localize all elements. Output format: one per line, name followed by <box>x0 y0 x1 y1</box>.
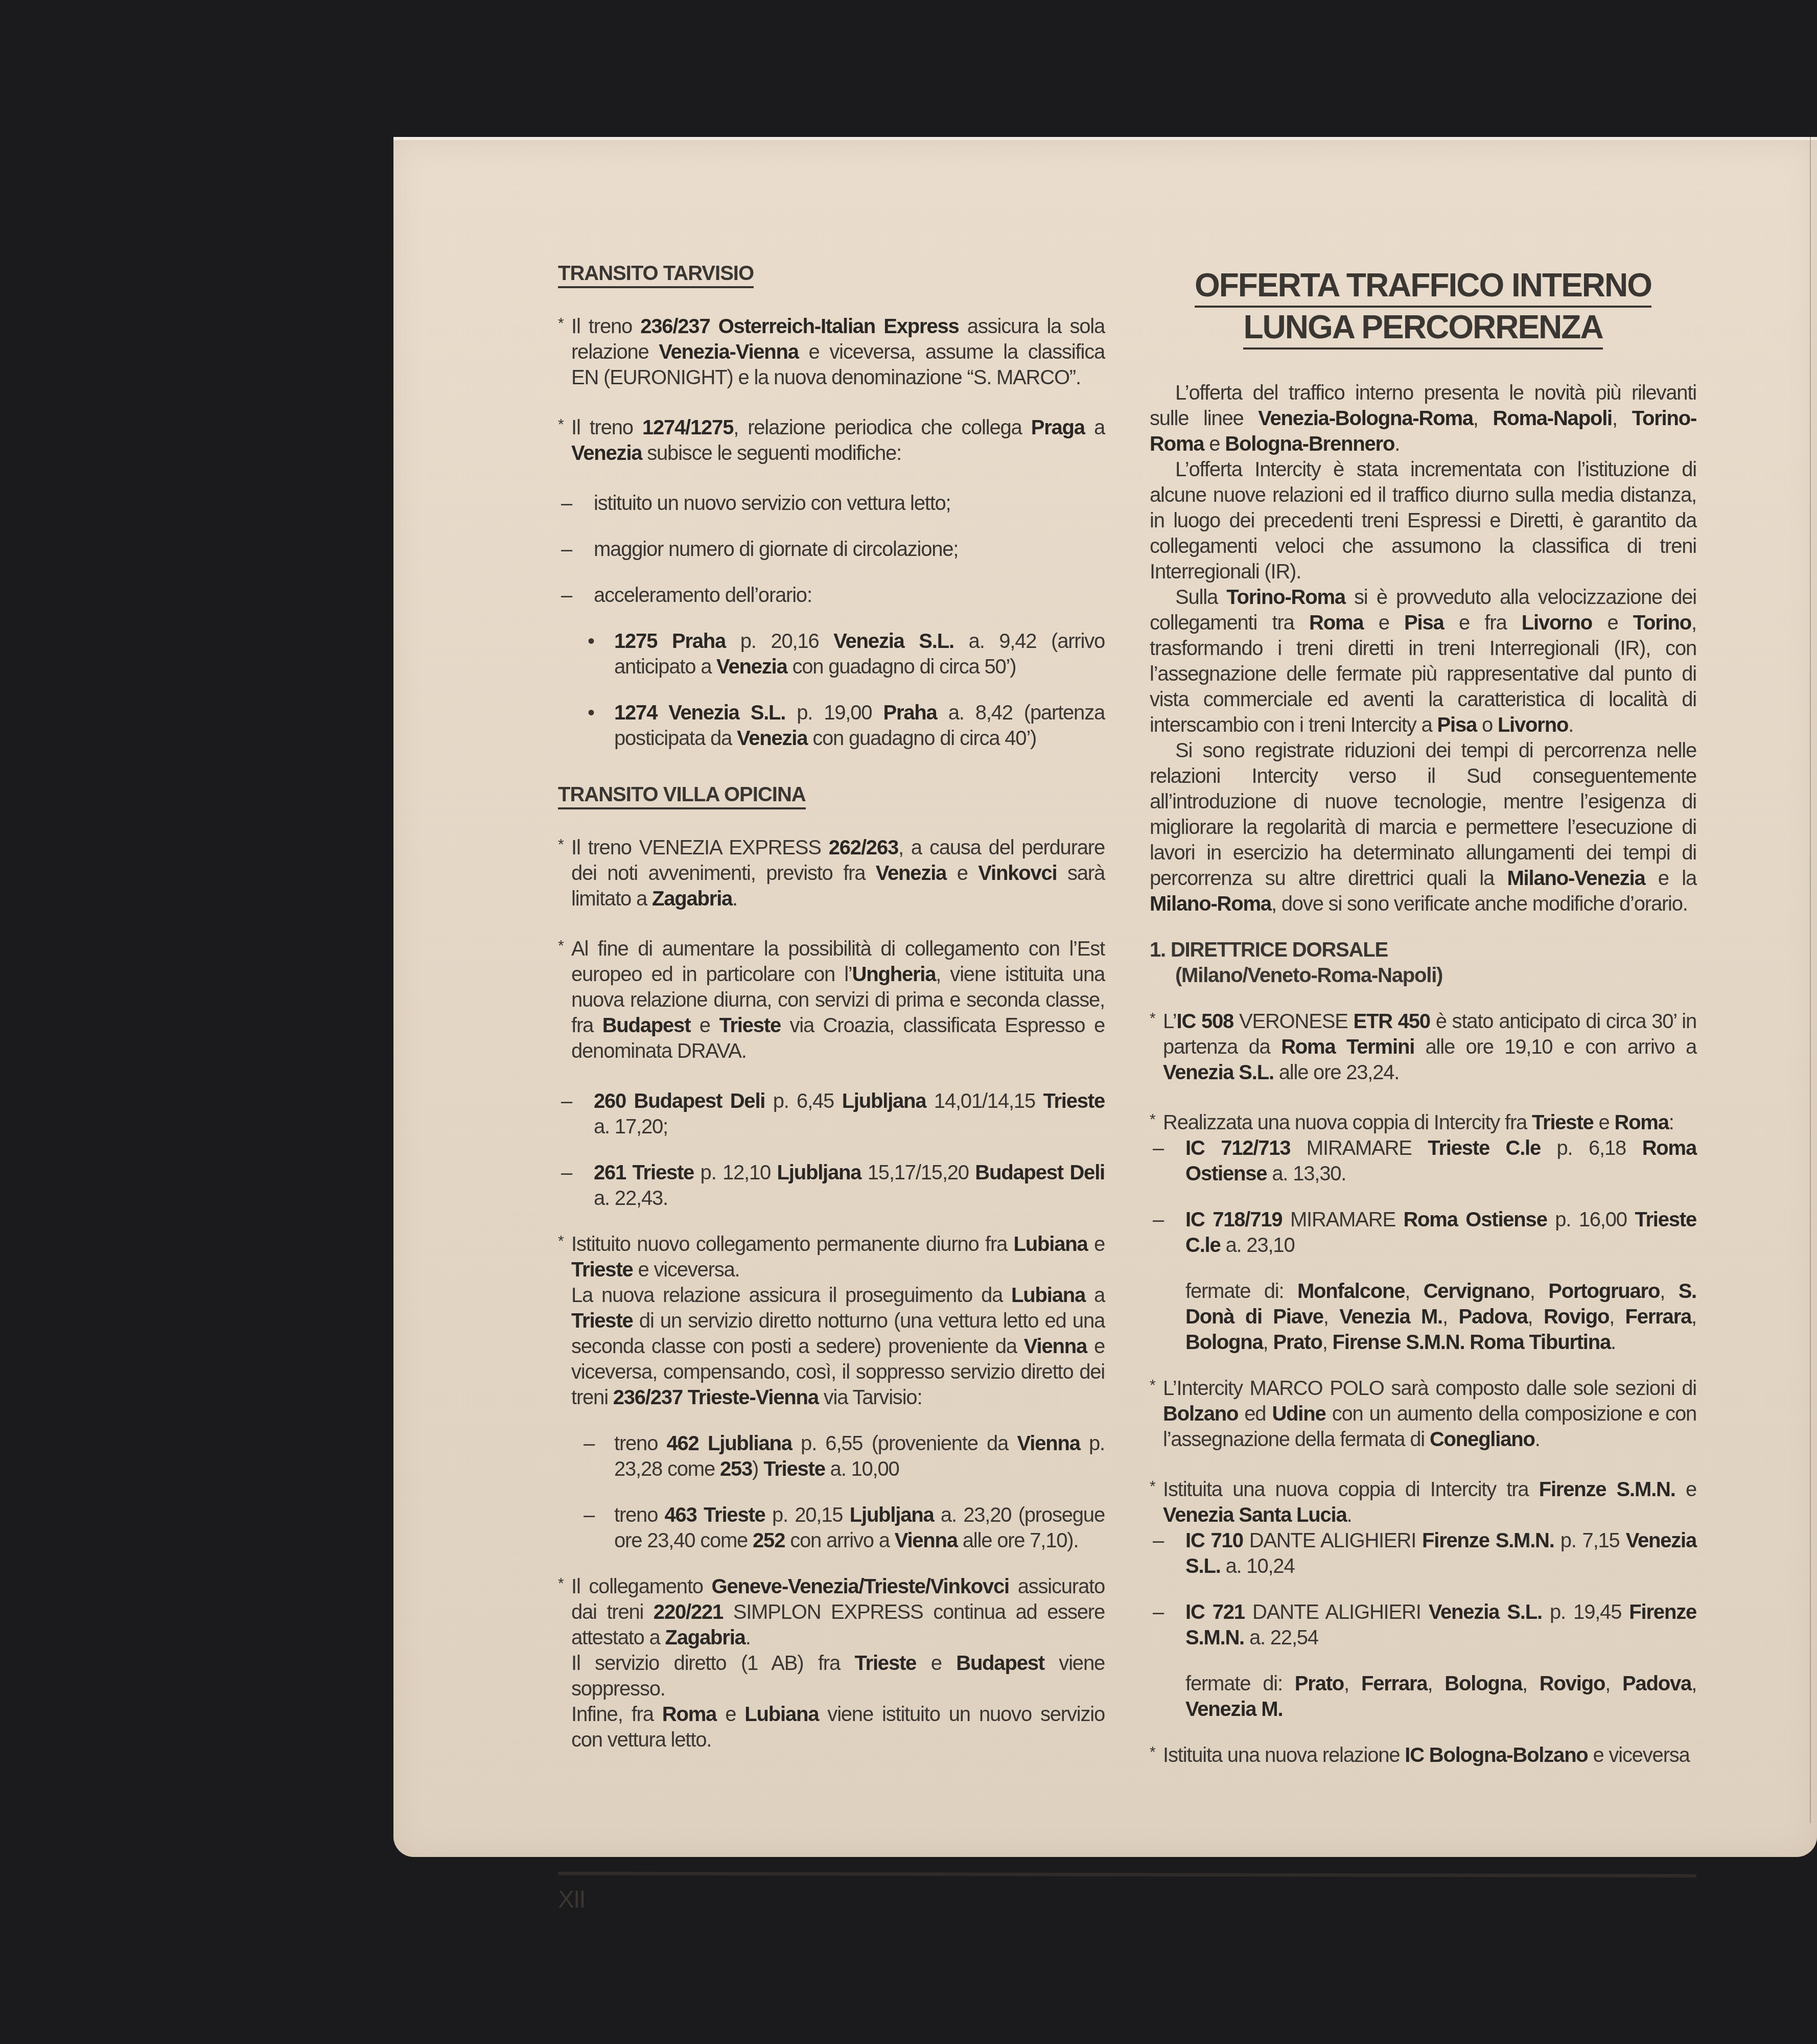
text-run: e <box>1363 612 1404 634</box>
bold-run: Conegliano <box>1430 1428 1535 1451</box>
text-run: treno <box>614 1504 665 1526</box>
text-run: Il servizio diretto (1 AB) fra <box>571 1652 855 1675</box>
bullet-item: •1275 Praha p. 20,16 Venezia S.L. a. 9,4… <box>558 629 1105 680</box>
bold-run: Rovigo <box>1540 1673 1605 1695</box>
footer-rule <box>558 1872 1696 1878</box>
note-item: *Il treno 236/237 Osterreich-Italian Exp… <box>558 314 1105 390</box>
bold-run: Budapest Deli <box>975 1162 1105 1184</box>
text-run: Sulla <box>1175 586 1226 609</box>
continuation-text: La nuova relazione assicura il proseguim… <box>558 1283 1105 1410</box>
text-run: L’Intercity MARCO POLO sarà composto dal… <box>1163 1377 1696 1400</box>
dash-item: –maggior numero di giornate di circolazi… <box>558 537 1105 562</box>
text-run: e <box>1088 1233 1105 1256</box>
bold-run: Bologna <box>1445 1673 1522 1695</box>
note-item: *Istituita una nuova relazione IC Bologn… <box>1150 1743 1696 1768</box>
bold-run: 236/237 Osterreich-Italian Express <box>640 315 959 338</box>
intro-paragraph: Si sono registrate riduzioni dei tempi d… <box>1150 738 1696 917</box>
note-item: *Istituito nuovo collegamento permanente… <box>558 1232 1105 1283</box>
dash-item: –IC 718/719 MIRAMARE Roma Ostiense p. 16… <box>1150 1207 1696 1258</box>
bold-run: Bologna <box>1185 1331 1263 1354</box>
bold-run: IC 721 <box>1185 1601 1245 1623</box>
text-run: VERONESE <box>1233 1010 1353 1033</box>
bold-run: Pisa <box>1437 714 1477 736</box>
bold-run: Ferrara <box>1361 1673 1427 1695</box>
bold-run: IC 712/713 <box>1185 1137 1290 1159</box>
bold-run: 236/237 Trieste-Vienna <box>613 1386 819 1409</box>
bold-run: Venezia-Bologna-Roma <box>1258 407 1473 430</box>
right-column: OFFERTA TRAFFICO INTERNO LUNGA PERCORREN… <box>1150 266 1696 1793</box>
dash-marker: – <box>1153 1207 1163 1233</box>
dash-marker: – <box>1153 1599 1163 1625</box>
text-run: a. 22,54 <box>1244 1627 1318 1649</box>
bold-run: Venezia-Vienna <box>659 341 799 363</box>
text-run: alle ore 23,24. <box>1274 1061 1399 1084</box>
bold-run: Bolzano <box>1163 1403 1238 1425</box>
bold-run: Zagabria <box>652 888 732 910</box>
text-run: p. 6,55 (proveniente da <box>792 1432 1017 1455</box>
bullet-marker: • <box>588 629 594 654</box>
text-run: . <box>1611 1331 1616 1354</box>
bold-run: Roma <box>662 1703 716 1726</box>
text-run: e viceversa. <box>633 1259 740 1281</box>
note-item: *Realizzata una nuova coppia di Intercit… <box>1150 1110 1696 1135</box>
bold-run: 260 Budapest Deli <box>594 1090 765 1112</box>
text-run: , <box>1660 1280 1678 1303</box>
text-run: , dove si sono verificate anche modifich… <box>1271 893 1688 915</box>
bold-run: 1275 Praha <box>614 630 726 653</box>
text-run: , <box>1530 1280 1548 1303</box>
text-run: a <box>1085 416 1105 439</box>
dash-item: –261 Trieste p. 12,10 Ljubljana 15,17/15… <box>558 1160 1105 1211</box>
asterisk-marker: * <box>558 1571 563 1596</box>
bold-run: Ungheria <box>852 963 936 986</box>
text-run: ed <box>1238 1403 1272 1425</box>
text-run: o <box>1477 714 1498 736</box>
bold-run: Trieste <box>855 1652 917 1675</box>
text-run: ) <box>752 1458 763 1480</box>
dash-marker: – <box>561 1160 572 1186</box>
text-run: e la <box>1645 867 1696 890</box>
bold-run: Roma <box>1614 1111 1668 1134</box>
asterisk-marker: * <box>1150 1006 1155 1031</box>
bold-run: Padova <box>1622 1673 1691 1695</box>
text-run: MIRAMARE <box>1282 1209 1403 1231</box>
asterisk-marker: * <box>558 311 563 336</box>
asterisk-marker: * <box>1150 1373 1155 1398</box>
dash-marker: – <box>1153 1135 1163 1161</box>
text-run: alle ore 19,10 e con arrivo a <box>1414 1036 1696 1058</box>
text-run: , <box>1473 407 1493 430</box>
bold-run: Lubiana <box>1014 1233 1088 1256</box>
text-run: . <box>1535 1428 1540 1451</box>
bold-run: IC 508 <box>1177 1010 1234 1033</box>
bold-run: 220/221 <box>654 1601 723 1623</box>
text-run: , <box>1263 1331 1273 1354</box>
section-body-transito-villa-opicina: *Il treno VENEZIA EXPRESS 262/263, a cau… <box>558 835 1105 1753</box>
text-run: e <box>1675 1478 1696 1501</box>
bold-run: ETR 450 <box>1354 1010 1430 1033</box>
bold-run: Monfalcone <box>1297 1280 1405 1303</box>
bold-run: Venezia <box>571 442 642 464</box>
text-run: 15,17/15,20 <box>861 1162 975 1184</box>
dash-marker: – <box>584 1431 594 1456</box>
bold-run: Vienna <box>1017 1432 1080 1455</box>
text-run: alle ore 7,10). <box>958 1529 1079 1552</box>
text-run: La nuova relazione assicura il proseguim… <box>571 1284 1011 1307</box>
text-run: , <box>1609 1306 1625 1328</box>
train-item: –treno 462 Ljubliana p. 6,55 (provenient… <box>558 1431 1105 1482</box>
text-run: , <box>1344 1673 1361 1695</box>
dash-item: –acceleramento dell’orario: <box>558 583 1105 608</box>
text-run: DANTE ALIGHIERI <box>1245 1601 1429 1623</box>
bold-run: Ljubljana <box>842 1090 926 1112</box>
text-run: . <box>1394 433 1400 455</box>
text-run: , relazione periodica che collega <box>733 416 1031 439</box>
text-run: L’offerta Intercity è stata incrementata… <box>1150 458 1696 583</box>
bold-run: Portogruaro <box>1548 1280 1660 1303</box>
text-run: , <box>1322 1331 1333 1354</box>
bold-run: Trieste <box>719 1014 781 1037</box>
note-item: *Il treno 1274/1275, relazione periodica… <box>558 415 1105 466</box>
dash-marker: – <box>1153 1528 1163 1553</box>
bold-run: Roma Ostiense <box>1403 1209 1547 1231</box>
bold-run: Pisa <box>1404 612 1444 634</box>
note-item: *Il treno VENEZIA EXPRESS 262/263, a cau… <box>558 835 1105 912</box>
text-run: a. 13,30. <box>1267 1163 1346 1185</box>
text-run: , <box>1612 407 1632 430</box>
bold-run: Torino <box>1633 612 1691 634</box>
bold-run: Milano-Roma <box>1150 893 1271 915</box>
text-run: Il treno <box>571 315 640 338</box>
dash-marker: – <box>561 537 572 562</box>
bold-run: Firenze S.M.N. <box>1422 1529 1554 1552</box>
bullet-marker: • <box>588 700 594 726</box>
text-run: , <box>1442 1306 1458 1328</box>
text-run: e <box>946 862 978 885</box>
paragraph: Infine, fra Roma e Lubiana viene istitui… <box>558 1702 1105 1753</box>
bold-run: Roma Termini <box>1281 1036 1414 1058</box>
text-run: p. 19,00 <box>785 702 883 724</box>
text-run: e <box>1592 612 1633 634</box>
bold-run: 1274/1275 <box>642 416 733 439</box>
bold-run: Ferrara <box>1625 1306 1691 1328</box>
intro-paragraphs: L’offerta del traffico interno presenta … <box>1150 380 1696 917</box>
bold-run: Venezia <box>716 656 787 678</box>
page-fold-edge <box>1810 137 1811 1823</box>
text-run: MIRAMARE <box>1290 1137 1428 1159</box>
bold-run: Torino-Roma <box>1226 586 1345 609</box>
text-run: con guadagno di circa 50’) <box>787 656 1016 678</box>
bold-run: IC 710 <box>1185 1529 1243 1552</box>
bold-run: Vinkovci <box>978 862 1057 885</box>
text-run: a. 17,20; <box>594 1116 668 1138</box>
text-run <box>1464 1331 1470 1354</box>
bold-run: Venezia S.L. <box>833 630 954 653</box>
asterisk-marker: * <box>1150 1107 1155 1132</box>
bold-run: Venezia Santa Lucia <box>1163 1504 1347 1526</box>
text-run: . <box>746 1627 751 1649</box>
bold-run: Venezia M. <box>1339 1306 1442 1328</box>
intro-paragraph: Sulla Torino-Roma si è provveduto alla v… <box>1150 585 1696 738</box>
text-run: p. 6,45 <box>765 1090 842 1112</box>
bold-run: Vienna <box>895 1529 958 1552</box>
subsection-body: *L’IC 508 VERONESE ETR 450 è stato antic… <box>1150 1009 1696 1768</box>
subsection-heading: 1. DIRETTRICE DORSALE (Milano/Veneto-Rom… <box>1150 937 1696 988</box>
intro-paragraph: L’offerta Intercity è stata incrementata… <box>1150 457 1696 585</box>
bold-run: Venezia S.L. <box>1429 1601 1542 1623</box>
text-run: , <box>1528 1306 1544 1328</box>
bold-run: Roma Tiburtina <box>1470 1331 1611 1354</box>
note-item: *L’IC 508 VERONESE ETR 450 è stato antic… <box>1150 1009 1696 1085</box>
bullet-item: •1274 Venezia S.L. p. 19,00 Praha a. 8,4… <box>558 700 1105 751</box>
main-title: OFFERTA TRAFFICO INTERNO LUNGA PERCORREN… <box>1150 266 1696 350</box>
text-run: p. 16,00 <box>1547 1209 1635 1231</box>
text-run: DANTE ALIGHIERI <box>1243 1529 1422 1552</box>
bold-run: Bologna-Brennero <box>1225 433 1394 455</box>
text-run: , <box>1691 1673 1696 1695</box>
bold-run: Padova <box>1458 1306 1527 1328</box>
text-run: Il treno <box>571 416 642 439</box>
asterisk-marker: * <box>558 933 563 959</box>
text-run: p. 19,45 <box>1542 1601 1629 1623</box>
main-title-line-2: LUNGA PERCORRENZA <box>1243 308 1602 350</box>
continuation-text: Il servizio diretto (1 AB) fra Trieste e… <box>558 1651 1105 1702</box>
text-run: maggior numero di giornate di circolazio… <box>594 538 958 561</box>
text-run: . <box>1568 714 1573 736</box>
bold-run: Venezia <box>876 862 946 885</box>
bold-run: Venezia S.L. <box>1163 1061 1274 1084</box>
bold-run: Rovigo <box>1544 1306 1609 1328</box>
bold-run: Roma <box>1309 612 1363 634</box>
text-run: e <box>1594 1111 1615 1134</box>
text-run: Il collegamento <box>571 1575 712 1598</box>
text-run: , <box>1405 1280 1423 1303</box>
text-run: , <box>1427 1673 1445 1695</box>
stops-list: fermate di: Monfalcone, Cervignano, Port… <box>1150 1279 1696 1355</box>
text-run: e <box>916 1652 956 1675</box>
text-run: p. 7,15 <box>1554 1529 1626 1552</box>
dash-item: –IC 721 DANTE ALIGHIERI Venezia S.L. p. … <box>1150 1599 1696 1651</box>
text-run: e <box>716 1703 744 1726</box>
bold-run: Cervignano <box>1424 1280 1530 1303</box>
bold-run: IC Bologna-Bolzano <box>1405 1744 1588 1767</box>
bold-run: 262/263 <box>829 837 898 859</box>
section-heading-transito-tarvisio: TRANSITO TARVISIO <box>558 261 754 288</box>
note-item: *Il collegamento Geneve-Venezia/Trieste/… <box>558 1574 1105 1651</box>
dash-item: –istituito un nuovo servizio con vettura… <box>558 491 1105 516</box>
bold-run: Firense S.M.N. <box>1333 1331 1465 1354</box>
text-run: istituito un nuovo servizio con vettura … <box>594 492 951 515</box>
intro-paragraph: L’offerta del traffico interno presenta … <box>1150 380 1696 457</box>
text-run: , <box>1605 1673 1622 1695</box>
text-run: L’ <box>1163 1010 1177 1033</box>
dash-item: –IC 710 DANTE ALIGHIERI Firenze S.M.N. p… <box>1150 1528 1696 1579</box>
bold-run: Lubiana <box>1011 1284 1085 1307</box>
bold-run: 463 Trieste <box>665 1504 765 1526</box>
bold-run: 252 <box>753 1529 785 1552</box>
bold-run: Ljubljana <box>850 1504 934 1526</box>
subsection-subtitle: (Milano/Veneto-Roma-Napoli) <box>1150 963 1696 988</box>
text-run: a. 23,10 <box>1221 1234 1295 1257</box>
text-run: fermate di: <box>1185 1280 1297 1303</box>
bold-run: Vienna <box>1024 1335 1087 1358</box>
bold-run: Lubiana <box>744 1703 819 1726</box>
main-title-line-1: OFFERTA TRAFFICO INTERNO <box>1195 266 1651 308</box>
text-run: , <box>1522 1673 1540 1695</box>
section-body-transito-tarvisio: *Il treno 236/237 Osterreich-Italian Exp… <box>558 314 1105 751</box>
bold-run: Praga <box>1031 416 1085 439</box>
text-run: 14,01/14,15 <box>926 1090 1043 1112</box>
stops-list: fermate di: Prato, Ferrara, Bologna, Rov… <box>1150 1671 1696 1722</box>
text-run: e <box>690 1014 719 1037</box>
bold-run: Livorno <box>1498 714 1568 736</box>
text-run: , <box>1691 1306 1696 1328</box>
section-heading-transito-villa-opicina: TRANSITO VILLA OPICINA <box>558 782 806 809</box>
dash-marker: – <box>561 583 572 608</box>
bold-run: Trieste <box>763 1458 825 1480</box>
text-run: e viceversa <box>1588 1744 1690 1767</box>
train-item: –treno 463 Trieste p. 20,15 Ljubljana a.… <box>558 1502 1105 1553</box>
text-run: a. 10,24 <box>1221 1555 1295 1577</box>
bold-run: Praha <box>883 702 937 724</box>
text-run: via Tarvisio: <box>819 1386 922 1409</box>
dash-marker: – <box>584 1502 594 1528</box>
text-run: a. 10,00 <box>825 1458 899 1480</box>
bold-run: Venezia <box>737 727 807 750</box>
bold-run: 1274 Venezia S.L. <box>614 702 785 724</box>
text-run: Realizzata una nuova coppia di Intercity… <box>1163 1111 1532 1134</box>
bold-run: 462 Ljubliana <box>667 1432 792 1455</box>
bold-run: Milano-Venezia <box>1507 867 1645 890</box>
text-run: subisce le seguenti modifiche: <box>642 442 901 464</box>
text-run: , <box>1323 1306 1339 1328</box>
text-run: p. 20,16 <box>726 630 833 653</box>
text-run: a. 22,43. <box>594 1187 668 1210</box>
bold-run: Trieste C.le <box>1428 1137 1541 1159</box>
bold-run: Trieste <box>571 1259 633 1281</box>
dash-marker: – <box>561 491 572 516</box>
left-column: TRANSITO TARVISIO *Il treno 236/237 Oste… <box>558 261 1105 1753</box>
bold-run: Budapest <box>956 1652 1044 1675</box>
text-run: Istituita una nuova coppia di Intercity … <box>1163 1478 1539 1501</box>
bold-run: Trieste <box>1043 1090 1105 1112</box>
text-run: p. 20,15 <box>765 1504 850 1526</box>
page-number: XII <box>558 1886 585 1914</box>
text-run: con guadagno di circa 40’) <box>807 727 1036 750</box>
asterisk-marker: * <box>1150 1739 1155 1765</box>
text-run: e <box>1204 433 1225 455</box>
text-run: e fra <box>1444 612 1522 634</box>
text-run: p. 12,10 <box>694 1162 777 1184</box>
dash-item: –IC 712/713 MIRAMARE Trieste C.le p. 6,1… <box>1150 1135 1696 1187</box>
text-run: acceleramento dell’orario: <box>594 584 812 607</box>
bold-run: Ljubljana <box>777 1162 861 1184</box>
bold-run: Venezia M. <box>1185 1698 1283 1721</box>
bold-run: Roma-Napoli <box>1493 407 1612 430</box>
dash-item: –260 Budapest Deli p. 6,45 Ljubljana 14,… <box>558 1088 1105 1140</box>
text-run: fermate di: <box>1185 1673 1295 1695</box>
bold-run: Geneve-Venezia/Trieste/Vinkovci <box>712 1575 1009 1598</box>
bold-run: Zagabria <box>665 1627 746 1649</box>
bold-run: IC 718/719 <box>1185 1209 1282 1231</box>
asterisk-marker: * <box>558 832 563 857</box>
text-run: . <box>1347 1504 1352 1526</box>
text-run: Istituito nuovo collegamento permanente … <box>571 1233 1014 1256</box>
text-run: treno <box>614 1432 667 1455</box>
note-item: *L’Intercity MARCO POLO sarà composto da… <box>1150 1376 1696 1452</box>
text-run: . <box>732 888 737 910</box>
asterisk-marker: * <box>1150 1474 1155 1499</box>
bold-run: Livorno <box>1522 612 1592 634</box>
dash-marker: – <box>561 1088 572 1114</box>
bold-run: Prato <box>1295 1673 1344 1695</box>
text-run: Il treno VENEZIA EXPRESS <box>571 837 829 859</box>
bold-run: Firenze S.M.N. <box>1539 1478 1675 1501</box>
bold-run: 253 <box>720 1458 752 1480</box>
text-run: : <box>1669 1111 1674 1134</box>
bold-run: Prato <box>1273 1331 1322 1354</box>
bold-run: Trieste <box>1532 1111 1594 1134</box>
text-run: Infine, fra <box>571 1703 662 1726</box>
bold-run: Udine <box>1272 1403 1325 1425</box>
bold-run: Trieste <box>571 1310 633 1332</box>
text-run: Istituita una nuova relazione <box>1163 1744 1405 1767</box>
text-run: a <box>1085 1284 1105 1307</box>
text-run: con arrivo a <box>785 1529 894 1552</box>
subsection-title: DIRETTRICE DORSALE <box>1171 939 1388 961</box>
note-item: *Al fine di aumentare la possibilità di … <box>558 936 1105 1064</box>
asterisk-marker: * <box>558 1228 563 1254</box>
bold-run: 261 Trieste <box>594 1162 694 1184</box>
bold-run: Budapest <box>602 1014 691 1037</box>
text-run: p. 6,18 <box>1541 1137 1642 1159</box>
subsection-number: 1. <box>1150 939 1166 961</box>
asterisk-marker: * <box>558 412 563 437</box>
note-item: *Istituita una nuova coppia di Intercity… <box>1150 1477 1696 1528</box>
